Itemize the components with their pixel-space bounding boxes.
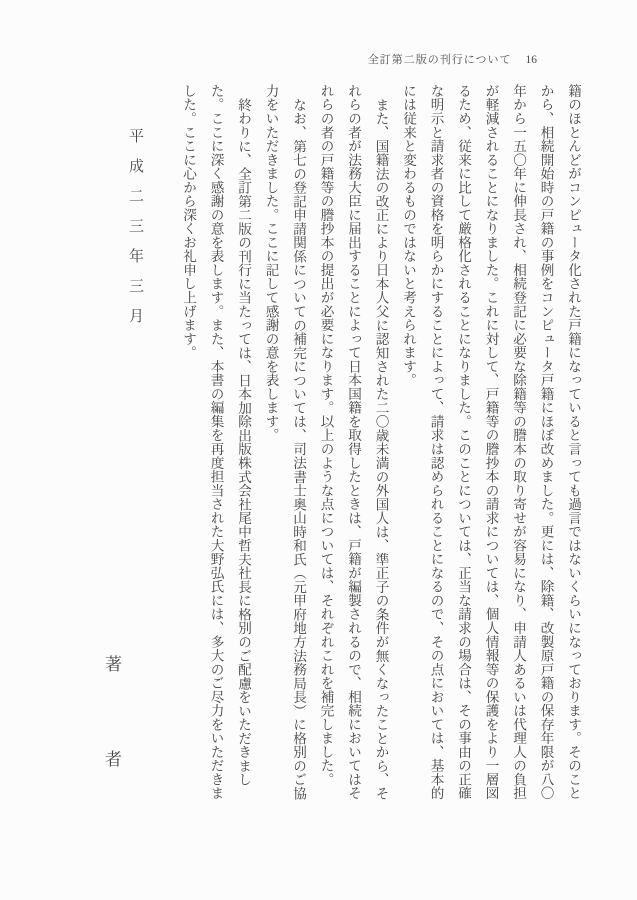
running-head: 全訂第二版の刊行について 16 — [368, 51, 537, 67]
running-head-title: 全訂第二版の刊行について — [368, 51, 512, 67]
signature-char-bottom: 者 — [105, 751, 122, 768]
date-line: 平成二三年三月 — [125, 128, 146, 338]
signature-char-top: 著 — [105, 656, 122, 673]
main-text-block: 籍のほとんどがコンピュータ化された戸籍になっていると言っても過言ではないくらいに… — [175, 84, 588, 802]
paragraph-continued: 籍のほとんどがコンピュータ化された戸籍になっていると言っても過言ではないくらいに… — [395, 84, 588, 802]
author-signature: 著 者 — [105, 656, 122, 768]
paragraph: なお、第七の登記申請関係についての補完については、司法書士奥山時和氏（元甲府地方… — [257, 84, 312, 802]
paragraph: また、国籍法の改正により日本人父に認知された二〇歳未満の外国人は、準正子の条件が… — [312, 84, 395, 802]
paragraph: 終わりに、全訂第二版の刊行に当たっては、日本加除出版株式会社尾中哲夫社長に格別の… — [175, 84, 258, 802]
book-page: 全訂第二版の刊行について 16 籍のほとんどがコンピュータ化された戸籍になってい… — [0, 0, 637, 900]
page-number: 16 — [526, 54, 538, 66]
